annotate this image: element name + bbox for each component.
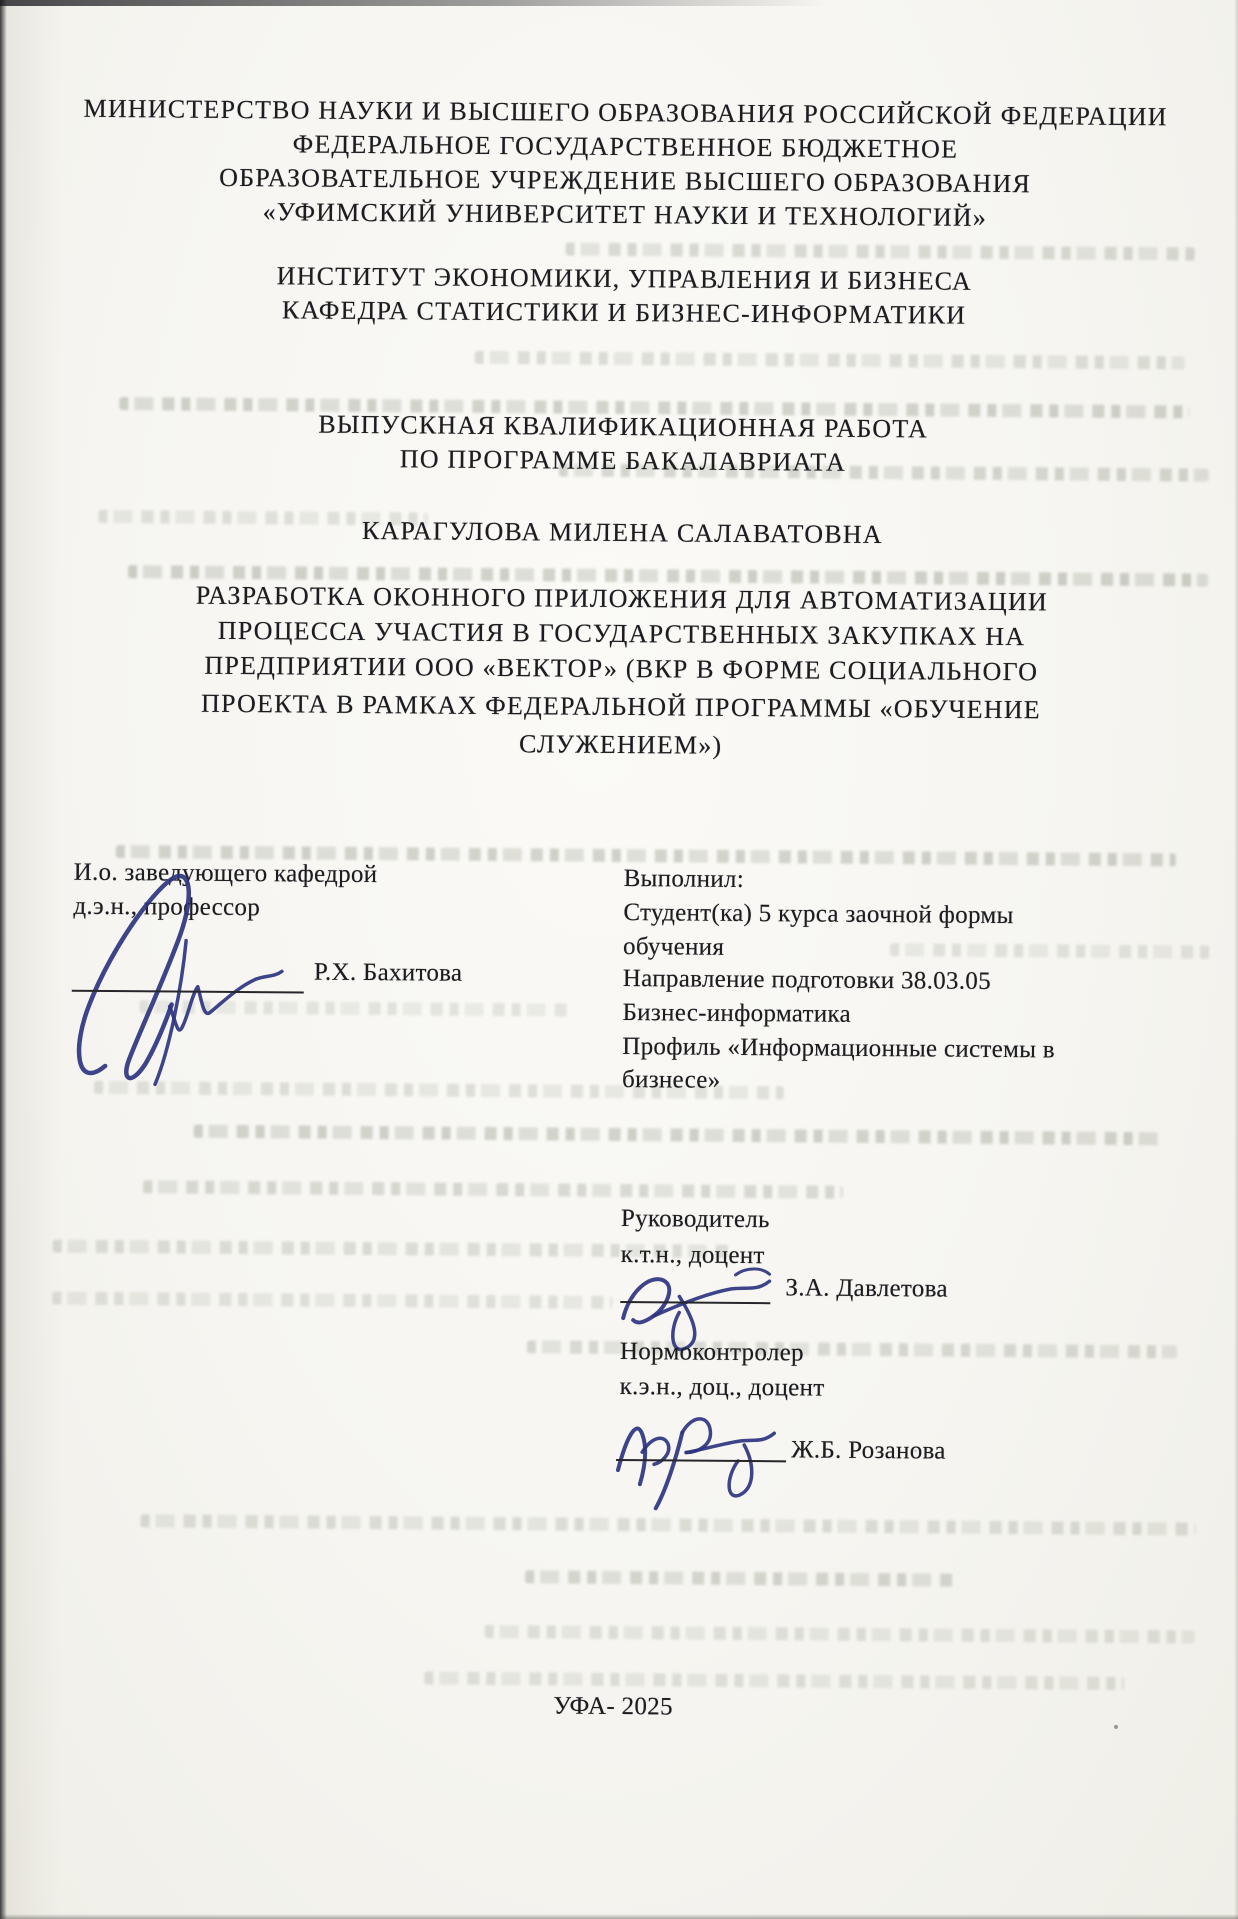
paper-speck bbox=[914, 1449, 917, 1452]
thesis-title-line: ПРОЕКТА В РАМКАХ ФЕДЕРАЛЬНОЙ ПРОГРАММЫ «… bbox=[32, 685, 1210, 728]
student-info-line: обучения bbox=[623, 930, 724, 964]
thesis-title-line: СЛУЖЕНИЕМ») bbox=[32, 723, 1210, 766]
supervisor-name: З.А. Давлетова bbox=[785, 1271, 948, 1305]
paper-sheet: МИНИСТЕРСТВО НАУКИ И ВЫСШЕГО ОБРАЗОВАНИЯ… bbox=[0, 0, 1238, 1919]
student-label: Выполнил: bbox=[624, 862, 745, 896]
normcontrol-name: Ж.Б. Розанова bbox=[791, 1433, 946, 1467]
scan-edge-bottom bbox=[0, 1914, 1238, 1919]
paper-speck bbox=[1114, 1725, 1118, 1729]
bleedthrough-line bbox=[485, 1625, 1195, 1644]
author-name: КАРАГУЛОВА МИЛЕНА САЛАВАТОВНА bbox=[33, 511, 1211, 554]
scan-edge-left bbox=[0, 0, 7, 1919]
bleedthrough-line bbox=[475, 351, 1185, 370]
supervisor-label: Руководитель bbox=[621, 1202, 770, 1236]
scanned-title-page: { "colors": { "ink": "#1d1d21", "signatu… bbox=[0, 0, 1238, 1919]
student-info-line: Профиль «Информационные системы в bbox=[622, 1030, 1055, 1066]
signature-bakhitova bbox=[69, 854, 331, 1096]
signature-rozanova bbox=[602, 1392, 803, 1514]
bleedthrough-line bbox=[143, 1180, 843, 1198]
bleedthrough-line bbox=[890, 943, 1210, 959]
bleedthrough-line bbox=[141, 1514, 1196, 1535]
bleedthrough-line bbox=[52, 1292, 612, 1309]
student-info-line: Студент(ка) 5 курса заочной формы bbox=[623, 896, 1014, 932]
scan-edge-top bbox=[0, 0, 900, 6]
student-info-line: Бизнес-информатика bbox=[622, 996, 851, 1031]
approver-name: Р.Х. Бахитова bbox=[314, 956, 463, 990]
bleedthrough-line bbox=[424, 1671, 1124, 1689]
student-info-line: Направление подготовки 38.03.05 bbox=[623, 962, 991, 998]
bleedthrough-line bbox=[194, 1125, 1159, 1146]
student-info-line: бизнесе» bbox=[622, 1063, 721, 1097]
scan-edge-right bbox=[1234, 0, 1238, 1919]
city-year: УФА- 2025 bbox=[24, 1685, 1202, 1727]
normcontrol-label: Нормоконтролер bbox=[620, 1335, 804, 1369]
bleedthrough-line bbox=[566, 243, 1196, 261]
bleedthrough-line bbox=[525, 1570, 955, 1586]
page-content: МИНИСТЕРСТВО НАУКИ И ВЫСШЕГО ОБРАЗОВАНИЯ… bbox=[0, 0, 1238, 1919]
